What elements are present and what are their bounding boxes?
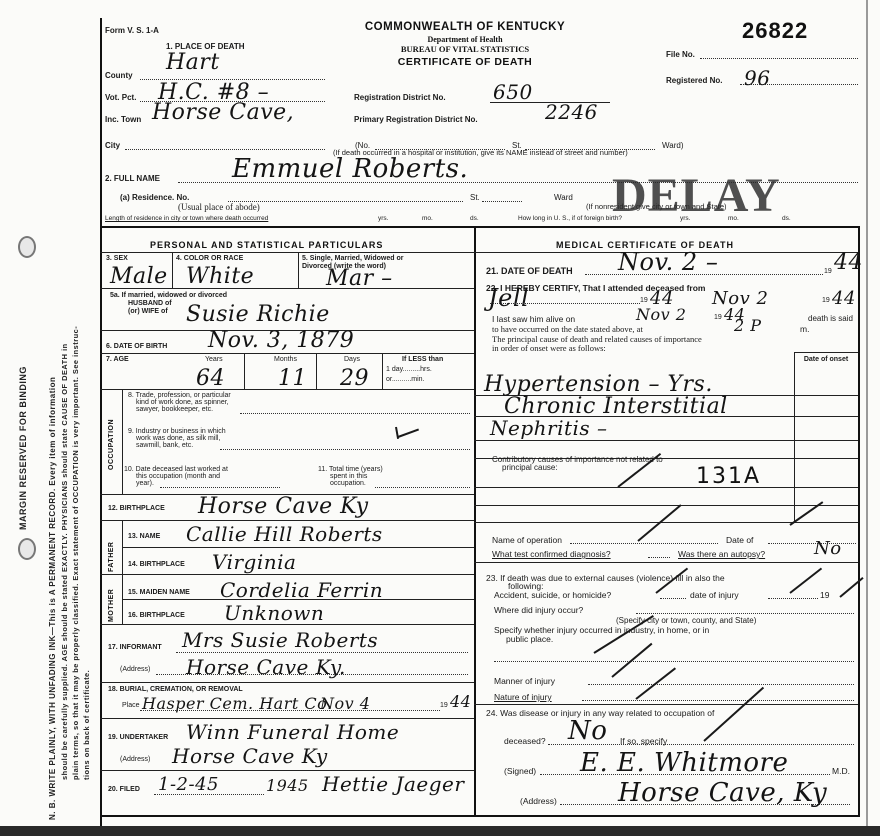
occ11-label-3: occupation. xyxy=(330,480,366,487)
ds-label: ds. xyxy=(470,215,479,222)
birthplace-label: 12. BIRTHPLACE xyxy=(108,505,165,512)
filed-year-value[interactable]: 1945 xyxy=(266,776,309,795)
residence-label: (a) Residence. No. xyxy=(120,193,189,202)
full-name-label: 2. FULL NAME xyxy=(105,174,160,183)
father-birthplace-value[interactable]: Virginia xyxy=(212,550,296,574)
divider xyxy=(100,682,474,683)
divider xyxy=(122,547,474,548)
divider xyxy=(316,353,317,389)
reg-district-value[interactable]: 650 xyxy=(493,80,533,104)
days-label: Days xyxy=(344,356,360,363)
personal-section-title: PERSONAL AND STATISTICAL PARTICULARS xyxy=(150,240,383,250)
injury-date-field[interactable] xyxy=(768,598,818,599)
registered-no-label: Registered No. xyxy=(666,76,722,85)
informant-address-label: (Address) xyxy=(120,666,150,673)
date-of-onset-label: Date of onset xyxy=(802,356,850,364)
divider xyxy=(794,352,858,353)
less-than-label: If LESS than xyxy=(402,356,443,363)
occ10-label-1: 10. Date deceased last worked at xyxy=(124,466,228,473)
occ8-label-2: kind of work done, as spinner, xyxy=(136,399,229,406)
cause-line xyxy=(474,522,858,523)
informant-value[interactable]: Mrs Susie Roberts xyxy=(182,628,378,652)
burial-label: 18. BURIAL, CREMATION, OR REMOVAL xyxy=(108,686,243,693)
registrar-signature: Hettie Jaeger xyxy=(322,772,464,796)
years-value[interactable]: 64 xyxy=(196,366,225,391)
divider xyxy=(474,704,858,705)
md-suffix: M.D. xyxy=(832,766,850,776)
occ8-label-3: sawyer, bookkeeper, etc. xyxy=(136,406,213,413)
if-so-label: If so, specify xyxy=(620,736,667,746)
color-value[interactable]: White xyxy=(186,264,254,289)
reg-district-label: Registration District No. xyxy=(354,93,446,102)
informant-address-value[interactable]: Horse Cave Ky. xyxy=(186,655,346,679)
divider xyxy=(244,353,245,389)
certificate-title: CERTIFICATE OF DEATH xyxy=(330,56,600,68)
father-name-value[interactable]: Callie Hill Roberts xyxy=(186,522,383,546)
deceased-label: deceased? xyxy=(504,736,546,746)
age-label: 7. AGE xyxy=(106,356,129,363)
date-of-death-label: 21. DATE OF DEATH xyxy=(486,266,573,276)
city-label: City xyxy=(105,141,120,150)
county-value[interactable]: Hart xyxy=(166,50,220,75)
total-time-field[interactable] xyxy=(375,487,470,488)
occupation-trade-field[interactable] xyxy=(240,413,470,414)
certificate-number: 26822 xyxy=(742,18,808,44)
divider xyxy=(100,574,474,575)
state-title: COMMONWEALTH OF KENTUCKY xyxy=(330,21,600,33)
classification-code: 131A xyxy=(696,464,761,489)
color-label: 4. COLOR OR RACE xyxy=(176,255,243,262)
dod-year-value[interactable]: 44 xyxy=(834,250,863,275)
mother-birthplace-label: 16. BIRTHPLACE xyxy=(128,612,185,619)
date-of-death-value[interactable]: Nov. 2 – xyxy=(618,248,718,276)
father-name-label: 13. NAME xyxy=(128,533,160,540)
autopsy-label: Was there an autopsy? xyxy=(678,549,765,559)
occ9-label-1: 9. Industry or business in which xyxy=(128,428,226,435)
divider xyxy=(100,718,474,719)
physician-address-value[interactable]: Horse Cave, Ky xyxy=(618,778,827,808)
abode-note: (Usual place of abode) xyxy=(178,202,260,212)
day-hrs-label: 1 day.........hrs. xyxy=(386,366,432,373)
occupation-related-value[interactable]: No xyxy=(568,716,607,746)
injury-date-label: date of injury xyxy=(690,590,739,600)
occ11-label-2: spent in this xyxy=(330,473,367,480)
bottom-border xyxy=(100,815,860,817)
principal-cause-label-2: in order of onset were as follows: xyxy=(492,343,606,353)
father-birthplace-label: 14. BIRTHPLACE xyxy=(128,561,185,568)
months-value[interactable]: 11 xyxy=(278,366,307,391)
where-label: Where did injury occur? xyxy=(494,605,583,615)
primary-reg-value[interactable]: 2246 xyxy=(545,100,598,124)
months-label: Months xyxy=(274,356,297,363)
ward-label: Ward) xyxy=(662,141,683,150)
binding-margin: MARGIN RESERVED FOR BINDING N. B. WRITE … xyxy=(0,0,100,826)
occ9-label-3: sawmill, bank, etc. xyxy=(136,442,193,449)
divider xyxy=(100,226,860,228)
cause-line-3-value[interactable]: Nephritis – xyxy=(490,416,608,440)
undertaker-value[interactable]: Winn Funeral Home xyxy=(186,720,399,744)
column-divider xyxy=(474,226,476,816)
nature-field[interactable] xyxy=(582,700,854,701)
physician-address-label: (Address) xyxy=(520,796,557,806)
margin-instruction-3: plain terms, so that it may be properly … xyxy=(71,326,81,780)
cause-line xyxy=(474,440,858,441)
informant-line xyxy=(176,652,468,653)
burial-place-label: Place xyxy=(122,702,140,709)
full-name-value[interactable]: Emmuel Roberts. xyxy=(232,154,468,184)
divider xyxy=(100,770,474,771)
city-field[interactable] xyxy=(125,149,325,150)
occ8-label-1: 8. Trade, profession, or particular xyxy=(128,392,231,399)
occ11-label-1: 11. Total time (years) xyxy=(318,466,383,473)
death-certificate-page: MARGIN RESERVED FOR BINDING N. B. WRITE … xyxy=(0,0,880,836)
residence-field[interactable] xyxy=(228,201,463,202)
mother-birthplace-value[interactable]: Unknown xyxy=(224,601,324,625)
nature-label: Nature of injury xyxy=(494,692,552,702)
bureau-name: BUREAU OF VITAL STATISTICS xyxy=(330,44,600,54)
attended-to-year-prefix: 19 xyxy=(822,297,830,304)
burial-place-value[interactable]: Hasper Cem. Hart Co. xyxy=(142,694,333,713)
primary-reg-label: Primary Registration District No. xyxy=(354,115,478,124)
burial-year-value[interactable]: 44 xyxy=(450,692,471,711)
occurred-label: to have occurred on the date stated abov… xyxy=(492,324,643,334)
margin-binding-note: MARGIN RESERVED FOR BINDING xyxy=(18,366,28,530)
divider xyxy=(122,520,123,624)
attended-from-year-prefix: 19 xyxy=(640,297,648,304)
test-label: What test confirmed diagnosis? xyxy=(492,549,611,559)
occ10-label-3: year). xyxy=(136,480,154,487)
file-no-label: File No. xyxy=(666,50,695,59)
specify-label-2: public place. xyxy=(506,634,553,644)
attended-from-value[interactable]: Jell xyxy=(488,284,529,312)
divider xyxy=(100,520,474,521)
divider xyxy=(122,389,123,494)
last-worked-field[interactable] xyxy=(160,487,280,488)
sex-value[interactable]: Male xyxy=(110,264,168,289)
inc-town-label: Inc. Town xyxy=(105,115,141,124)
mother-maiden-label: 15. MAIDEN NAME xyxy=(128,589,190,596)
occ10-label-2: this occupation (month and xyxy=(136,473,220,480)
margin-instruction-2: should be carefully supplied. AGE should… xyxy=(60,343,70,780)
or-min-label: or..........min. xyxy=(386,376,425,383)
divider xyxy=(100,353,474,354)
right-border xyxy=(858,226,860,816)
page-edge xyxy=(866,0,868,826)
undertaker-address-label: (Address) xyxy=(120,756,150,763)
manner-label: Manner of injury xyxy=(494,676,555,686)
time-suffix: m. xyxy=(800,324,809,334)
last-saw-label: I last saw him alive on xyxy=(492,314,575,324)
vot-pct-label: Vot. Pct. xyxy=(105,93,136,102)
spouse-label-1: 5a. If married, widowed or divorced xyxy=(110,292,227,299)
mos-label: mo. xyxy=(422,215,433,222)
dod-year-prefix: 19 xyxy=(824,268,832,275)
burial-date-value[interactable]: Nov 4 xyxy=(320,694,370,713)
operation-label: Name of operation xyxy=(492,535,562,545)
inc-town-value[interactable]: Horse Cave, xyxy=(152,100,294,125)
burial-year-prefix: 19 xyxy=(440,702,448,709)
residence-st-label: St. xyxy=(470,193,480,202)
physician-signature: E. E. Whitmore xyxy=(580,748,788,778)
divider xyxy=(100,288,474,289)
divider xyxy=(298,252,299,288)
divider xyxy=(172,252,173,288)
us-ds-label: ds. xyxy=(782,215,791,222)
form-id: Form V. S. 1-A xyxy=(105,26,159,35)
divider xyxy=(100,389,474,390)
signed-label: (Signed) xyxy=(504,766,536,776)
birthplace-value[interactable]: Horse Cave Ky xyxy=(198,494,369,519)
operation-date-label: Date of xyxy=(726,535,753,545)
place-type-field[interactable] xyxy=(494,661,854,662)
operation-field[interactable] xyxy=(570,543,718,544)
filed-value[interactable]: 1-2-45 xyxy=(158,774,219,795)
length-residence-label: Length of residence in city or town wher… xyxy=(105,215,268,222)
divider xyxy=(100,252,474,253)
undertaker-label: 19. UNDERTAKER xyxy=(108,734,168,741)
days-value[interactable]: 29 xyxy=(340,366,369,391)
test-field[interactable] xyxy=(648,557,670,558)
undertaker-address-value[interactable]: Horse Cave Ky xyxy=(172,744,328,768)
divider xyxy=(382,353,383,389)
yrs-label: yrs. xyxy=(378,215,388,222)
cause-line xyxy=(474,487,858,488)
spouse-label-3: (or) WIFE of xyxy=(128,308,168,315)
county-label: County xyxy=(105,71,133,80)
scan-edge xyxy=(0,826,880,836)
attended-to-year[interactable]: 44 xyxy=(832,288,856,309)
binding-hole-icon xyxy=(18,538,36,560)
dob-value[interactable]: Nov. 3, 1879 xyxy=(208,328,354,353)
operation-date-field[interactable] xyxy=(768,543,856,544)
divider xyxy=(122,599,474,600)
residence-st-line xyxy=(482,201,522,202)
autopsy-value[interactable]: No xyxy=(814,538,842,559)
residence-ward-label: Ward xyxy=(554,193,573,202)
divider xyxy=(100,624,474,625)
delay-stamp: DELAY xyxy=(612,172,781,220)
filed-label: 20. FILED xyxy=(108,786,140,793)
onset-column-divider xyxy=(794,352,795,522)
attended-from-line xyxy=(490,303,640,304)
mother-side-label: MOTHER xyxy=(108,589,115,622)
sex-label: 3. SEX xyxy=(106,255,128,262)
accident-field[interactable] xyxy=(660,598,686,599)
death-said-label: death is said xyxy=(808,314,853,323)
time-of-death-value[interactable]: 2 P xyxy=(734,316,762,335)
divider xyxy=(474,562,858,563)
margin-instruction-4: tions on back of certificate. xyxy=(82,670,92,780)
last-saw-year-prefix: 19 xyxy=(714,314,722,321)
last-saw-value[interactable]: Nov 2 xyxy=(636,305,686,324)
file-no-field[interactable] xyxy=(700,58,858,59)
accident-label: Accident, suicide, or homicide? xyxy=(494,590,611,600)
spouse-label-2: HUSBAND of xyxy=(128,300,172,307)
us-residence-label: How long in U. S., if of foreign birth? xyxy=(518,215,622,222)
cause-line xyxy=(474,505,858,506)
occupation-side-label: OCCUPATION xyxy=(108,419,115,470)
father-side-label: FATHER xyxy=(108,542,115,572)
manner-field[interactable] xyxy=(588,684,854,685)
occupation-industry-field[interactable] xyxy=(220,449,470,450)
contributory-label-2: principal cause: xyxy=(502,463,558,472)
department-name: Department of Health xyxy=(330,35,600,44)
margin-instruction-1: N. B. WRITE PLAINLY, WITH UNFADING INK—T… xyxy=(48,377,58,820)
where-field[interactable] xyxy=(636,613,854,614)
informant-label: 17. INFORMANT xyxy=(108,644,162,651)
occ9-label-2: work was done, as silk mill, xyxy=(136,435,220,442)
registered-no-value[interactable]: 96 xyxy=(744,66,770,90)
spouse-value[interactable]: Susie Richie xyxy=(186,302,330,327)
years-label: Years xyxy=(205,356,223,363)
binding-hole-icon xyxy=(18,236,36,258)
injury-year-prefix: 19 xyxy=(820,590,829,600)
dob-label: 6. DATE OF BIRTH xyxy=(106,343,167,350)
